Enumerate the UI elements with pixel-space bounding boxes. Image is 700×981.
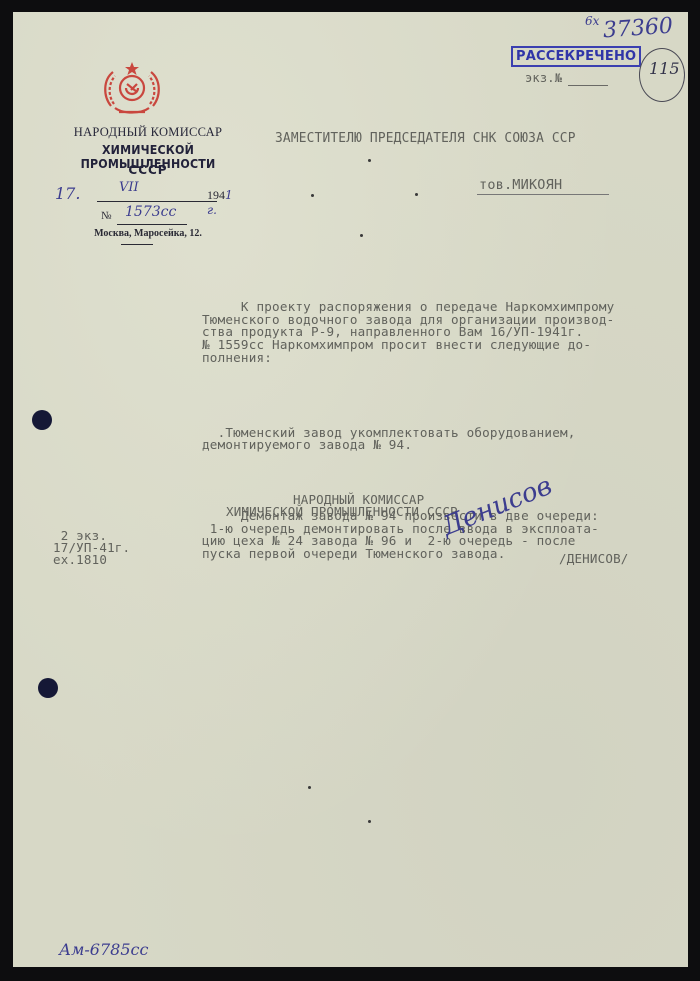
date-day: 17. <box>55 184 80 203</box>
date-underline <box>97 201 217 202</box>
addressee-title: ЗАМЕСТИТЕЛЮ ПРЕДСЕДАТЕЛЯ СНК СОЮЗА ССР <box>275 130 576 146</box>
punch-hole <box>38 678 58 698</box>
punch-hole <box>32 410 52 430</box>
letter-body: К проекту распоряжения о передаче Нарком… <box>202 276 682 586</box>
document-page: НАРОДНЫЙ КОМИССАР ХИМИЧЕСКОЙ ПРОМЫШЛЕННО… <box>13 12 688 967</box>
body-paragraph-intro: К проекту распоряжения о передаче Нарком… <box>202 301 682 364</box>
signatory-name: /ДЕНИСОВ/ <box>559 551 629 566</box>
speck <box>360 234 363 237</box>
outgoing-number: № 1573сс <box>101 210 211 230</box>
ussr-emblem-icon <box>99 58 165 120</box>
copy-mark: экз.№ <box>525 71 562 85</box>
letterhead-title: НАРОДНЫЙ КОМИССАР <box>43 125 253 140</box>
copy-underline <box>568 85 608 86</box>
bottom-reference: Ам-6785сс <box>59 940 148 959</box>
number-sign: № <box>101 210 112 222</box>
page-number: 115 <box>649 59 680 78</box>
number-value: 1573сс <box>125 204 176 220</box>
address-divider <box>121 244 153 245</box>
archive-prefix: 6х <box>585 14 599 28</box>
speck <box>415 193 418 196</box>
addressee-name: тов.МИКОЯН <box>479 177 562 193</box>
letterhead-address: Москва, Маросейка, 12. <box>43 228 253 239</box>
signatory-ministry: ХИМИЧЕСКОЙ ПРОМЫШЛЕННОСТИ СССР <box>226 504 458 519</box>
body-paragraph-equipment: .Тюменский завод укомплектовать оборудов… <box>202 427 682 452</box>
speck <box>368 159 371 162</box>
declassified-stamp: РАССЕКРЕЧЕНО <box>511 46 641 67</box>
date-year: 1941 г. <box>207 188 239 218</box>
archive-number: 37360 <box>602 14 674 44</box>
speck <box>311 194 314 197</box>
speck <box>368 820 371 823</box>
letterhead-country: СССР <box>43 163 253 177</box>
copies-note: 2 экз. 17/УП-41г. ех.1810 <box>53 530 130 566</box>
date-year-prefix: 194 <box>207 188 225 202</box>
date-month: VII <box>119 180 139 195</box>
addressee-underline <box>477 194 609 195</box>
speck <box>308 786 311 789</box>
number-underline <box>117 224 187 225</box>
